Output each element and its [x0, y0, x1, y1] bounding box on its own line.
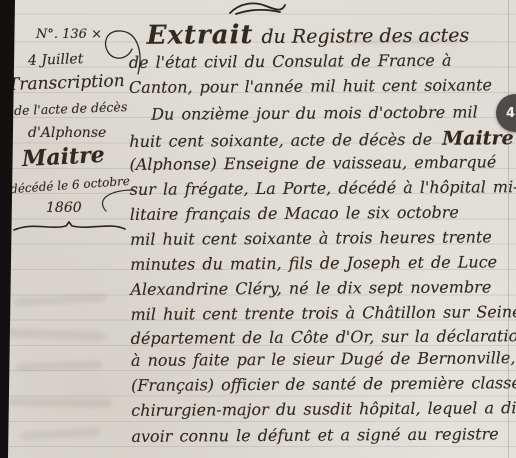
heading-word: Extrait	[147, 20, 254, 51]
act-line: Du onzième jour du mois d'octobre mil	[151, 102, 478, 123]
act-line: à nous faite par le sieur Dugé de Bernon…	[131, 348, 516, 370]
act-line: minutes du matin, fils de Joseph et de L…	[130, 252, 497, 274]
act-line: litaire français de Macao le six octobre	[130, 203, 459, 224]
act-line: (Français) officier de santé de première…	[131, 373, 516, 395]
act-line: chirurgien-major du susdit hôpital, lequ…	[131, 398, 516, 420]
scanned-register-page: N°. 136 × 4 Juillet Transcription de l'a…	[0, 0, 516, 458]
page-right-edge	[508, 0, 509, 458]
act-line: avoir connu le défunt et a signé au regi…	[131, 424, 498, 446]
page-number-label: 47	[506, 106, 516, 121]
act-heading: Extraitdu Registre des actes	[147, 19, 470, 51]
act-line: sur la frégate, La Porte, décédé à l'hôp…	[130, 177, 516, 199]
act-line: Alexandrine Cléry, né le dix sept novemb…	[130, 277, 491, 299]
act-line: Canton, pour l'année mil huit cent soixa…	[129, 75, 492, 97]
heading-rest: du Registre des actes	[261, 25, 469, 48]
act-text: Extraitdu Registre des actes de l'état c…	[0, 0, 516, 458]
act-line: mil huit cent trente trois à Châtillon s…	[131, 302, 516, 324]
act-line: de l'état civil du Consulat de France à	[129, 51, 452, 72]
act-line-text: huit cent soixante, acte de décès de	[129, 130, 432, 151]
act-line: (Alphonse) Enseigne de vaisseau, embarqu…	[129, 152, 496, 174]
deceased-name-emphasis: Maitre	[442, 127, 514, 149]
act-line: huit cent soixante, acte de décès deMait…	[129, 127, 513, 152]
act-line: mil huit cent soixante à trois heures tr…	[130, 227, 492, 249]
act-line: département de la Côte d'Or, sur la décl…	[131, 326, 516, 348]
